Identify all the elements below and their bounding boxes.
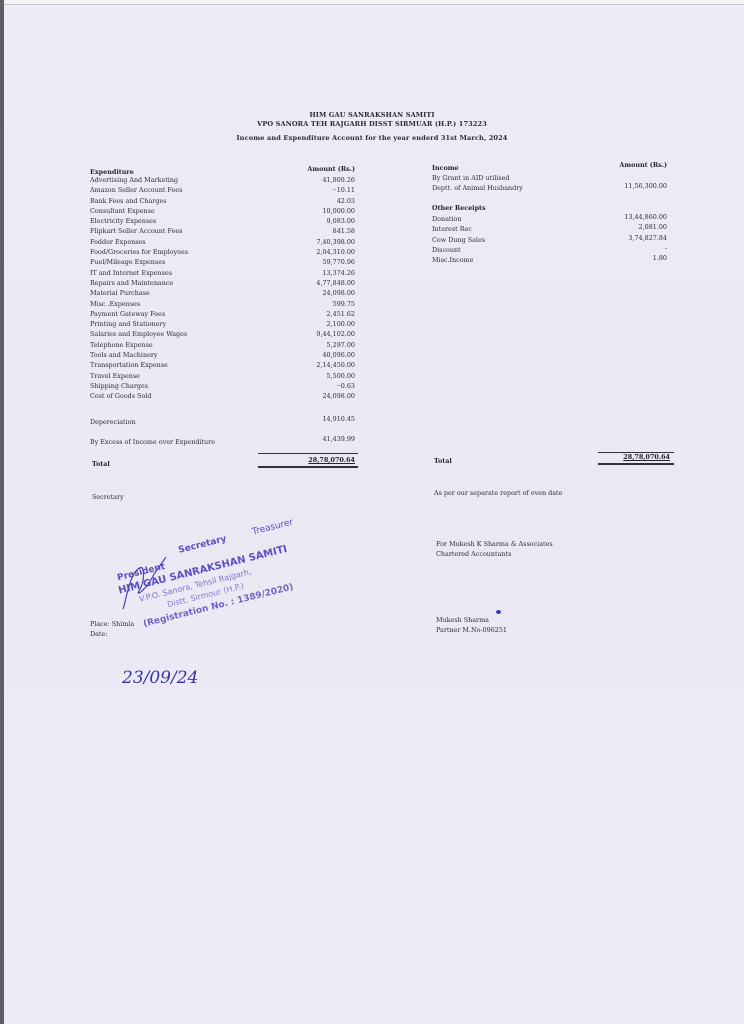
expenditure-total-amount: 28,78,070.64 <box>255 455 355 465</box>
expenditure-item-label: IT and Internet Expenses <box>90 268 270 278</box>
expenditure-item-amount: 41,809.26 <box>255 175 355 185</box>
other-receipt-item-label: Interest Rec <box>432 224 582 234</box>
expenditure-item-amount: 42.03 <box>255 196 355 206</box>
other-receipt-item-amount: 2,081.00 <box>565 222 667 232</box>
expenditure-item-label: Misc .Expenses <box>90 299 270 309</box>
expenditure-amounts: 41,809.26··10.1142.0310,000.009,083.0084… <box>255 175 355 402</box>
expenditure-item-label: Telephone Expense <box>90 340 270 350</box>
expenditure-item-label: Payment Gateway Fees <box>90 309 270 319</box>
expenditure-item-label: Bank Fees and Charges <box>90 196 270 206</box>
depreciation-label: Depereciation <box>90 417 136 427</box>
expenditure-item-label: Advertising And Marketing <box>90 175 270 185</box>
other-receipts-labels: DonationInterest RecCow Dung SalesDiscou… <box>432 214 582 265</box>
expenditure-item-amount: ··0.63 <box>255 381 355 391</box>
grant-item-label: Deptt. of Animal Husbandry <box>432 183 523 193</box>
expenditure-item-amount: 4,77,848.00 <box>255 278 355 288</box>
income-heading: Income <box>432 163 459 173</box>
expenditure-labels: Advertising And MarketingAmazon Seller A… <box>90 175 270 402</box>
stamp-treasurer: Treasurer <box>251 518 294 538</box>
expenditure-item-amount: ··10.11 <box>255 185 355 195</box>
total-bottom-rule-left <box>258 466 358 468</box>
auditor-firm: For Mukesh K Sharma & Associates <box>436 539 553 549</box>
statement-title: Income and Expenditure Account for the y… <box>0 134 744 142</box>
income-total-amount: 28,78,070.64 <box>570 452 670 462</box>
secretary-label: Secretary <box>92 492 124 502</box>
total-top-rule-left <box>258 453 358 454</box>
expenditure-item-amount: 599.75 <box>255 299 355 309</box>
expenditure-item-label: Fuel/Mileage Expenses <box>90 257 270 267</box>
grant-heading: By Grant in AID utilised <box>432 173 509 183</box>
expenditure-item-amount: 10,000.00 <box>255 206 355 216</box>
expenditure-item-label: Material Purchase <box>90 288 270 298</box>
report-note: As per our separate report of even date <box>434 488 562 498</box>
expenditure-item-label: Food/Groceries for Employees <box>90 247 270 257</box>
expenditure-item-label: Salaries and Employee Wages <box>90 329 270 339</box>
stamp-secretary: Secretary <box>177 534 227 556</box>
scan-edge-left <box>0 0 4 1024</box>
expenditure-item-amount: 9,083.00 <box>255 216 355 226</box>
expenditure-item-amount: 59,770.96 <box>255 257 355 267</box>
expenditure-item-label: Shipping Charges <box>90 381 270 391</box>
other-receipt-item-amount: 3,74,827.84 <box>565 233 667 243</box>
expenditure-item-amount: 40,096.00 <box>255 350 355 360</box>
expenditure-item-amount: 13,374.26 <box>255 268 355 278</box>
expenditure-item-label: Amazon Seller Account Fees <box>90 185 270 195</box>
other-receipt-item-label: Donation <box>432 214 582 224</box>
expenditure-total-label: Total <box>92 459 110 469</box>
other-receipt-item-amount: - <box>565 243 667 253</box>
auditor-type: Chartered Accountants <box>436 549 511 559</box>
expenditure-item-label: Travel Expense <box>90 371 270 381</box>
expenditure-item-amount: 24,098.00 <box>255 391 355 401</box>
expenditure-item-amount: 841.58 <box>255 226 355 236</box>
other-receipt-item-label: Discount <box>432 245 582 255</box>
other-receipts-heading: Other Receipts <box>432 203 486 213</box>
expenditure-item-amount: 5,297.00 <box>255 340 355 350</box>
expenditure-item-amount: 7,40,398.00 <box>255 237 355 247</box>
partner-name: Mukesh Sharma <box>436 615 489 625</box>
expenditure-item-label: Tools and Machinery <box>90 350 270 360</box>
org-name: HIM GAU SANRAKSHAN SAMITI <box>0 111 744 119</box>
expenditure-item-amount: 2,100.00 <box>255 319 355 329</box>
expenditure-item-label: Flipkart Seller Account Fees <box>90 226 270 236</box>
ink-dot <box>496 610 501 614</box>
excess-amount: 41,439.99 <box>255 434 355 444</box>
expenditure-item-label: Electricity Expenses <box>90 216 270 226</box>
expenditure-item-label: Consultant Expense <box>90 206 270 216</box>
depreciation-amount: 14,910.45 <box>255 414 355 424</box>
expenditure-item-label: Cost of Goods Sold <box>90 391 270 401</box>
other-receipt-item-amount: 13,44,860.00 <box>565 212 667 222</box>
expenditure-item-label: Printing and Stationery <box>90 319 270 329</box>
place-label: Place: Shimla <box>90 619 134 629</box>
org-address: VPO SANORA TEH RAJGARH DISST SIRMUAR (H.… <box>0 120 744 128</box>
expenditure-item-amount: 24,098.00 <box>255 288 355 298</box>
total-bottom-rule-right <box>598 463 674 465</box>
other-receipt-item-amount: 1.80 <box>565 253 667 263</box>
handwritten-date: 23/09/24 <box>122 668 198 688</box>
expenditure-item-label: Transportation Expense <box>90 360 270 370</box>
expenditure-item-label: Repairs and Maintenance <box>90 278 270 288</box>
date-label: Date: <box>90 629 107 639</box>
grant-item-amount: 11,56,300.00 <box>565 181 667 191</box>
expenditure-item-label: Fodder Expenses <box>90 237 270 247</box>
income-amount-heading: Amount (Rs.) <box>565 160 667 170</box>
excess-label: By Excess of Income over Expenditure <box>90 437 215 447</box>
partner-membership-no: Partner M.No-096251 <box>436 625 507 635</box>
other-receipt-item-label: Misc.Income <box>432 255 582 265</box>
expenditure-item-amount: 2,04,310.00 <box>255 247 355 257</box>
expenditure-amount-heading: Amount (Rs.) <box>255 164 355 174</box>
other-receipts-amounts: 13,44,860.002,081.003,74,827.84-1.80 <box>565 212 667 263</box>
other-receipt-item-label: Cow Dung Sales <box>432 235 582 245</box>
paper-sheet <box>6 5 744 1024</box>
expenditure-item-amount: 2,451.62 <box>255 309 355 319</box>
income-total-label: Total <box>434 456 452 466</box>
expenditure-item-amount: 9,44,102.00 <box>255 329 355 339</box>
expenditure-item-amount: 5,500.00 <box>255 371 355 381</box>
expenditure-item-amount: 2,14,450.00 <box>255 360 355 370</box>
